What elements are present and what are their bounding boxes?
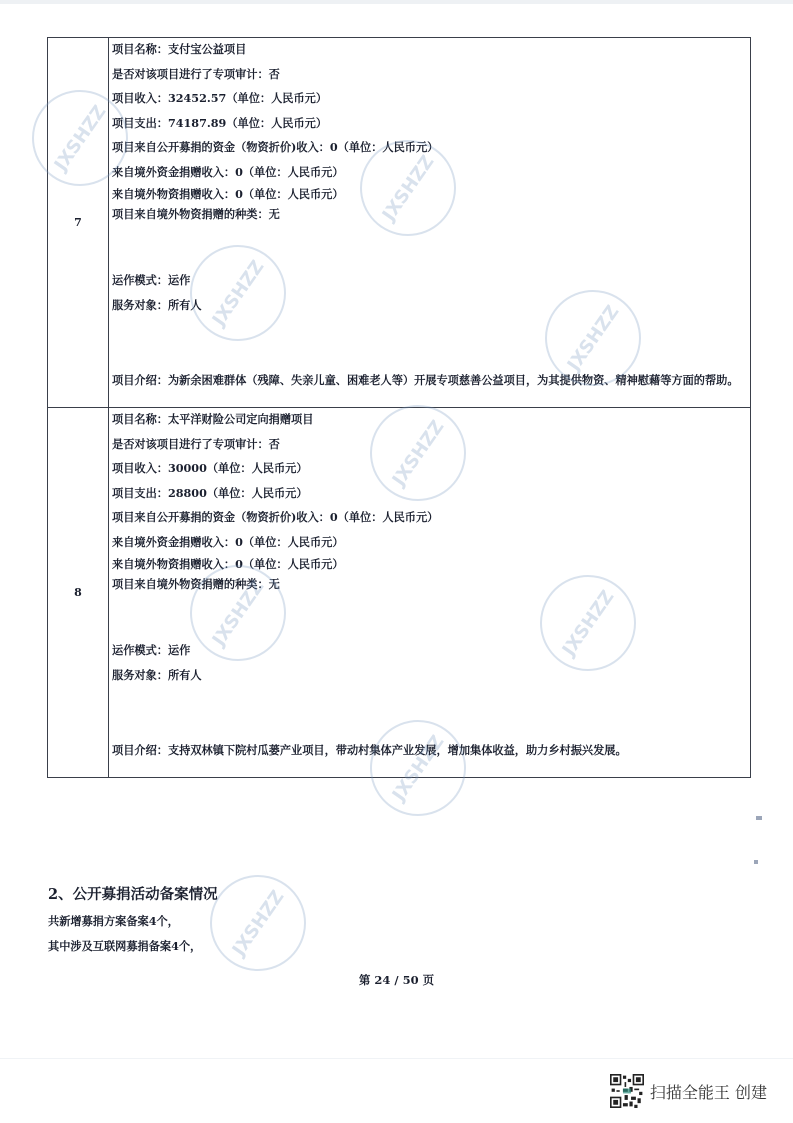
overseas-material-income: 来自境外物资捐赠收入：0（单位：人民币元）	[112, 555, 744, 575]
stamp-mark: JXSHZZ	[191, 856, 325, 990]
row-index: 7	[48, 38, 109, 408]
page-number: 第 24 / 50 页	[0, 972, 793, 988]
footer-divider	[0, 1058, 793, 1059]
service-target: 服务对象：所有人	[112, 664, 744, 689]
watermark-text: 扫描全能王 创建	[650, 1080, 767, 1103]
project-intro: 项目介绍：支持双林镇下院村瓜蒌产业项目，带动村集体产业发展，增加集体收益，助力乡…	[112, 735, 744, 757]
scanner-watermark: 扫描全能王 创建	[610, 1074, 767, 1108]
project-intro: 项目介绍：为新余困难群体（残障、失亲儿童、困难老人等）开展专项慈善公益项目，为其…	[112, 365, 744, 387]
project-details: 项目名称：太平洋财险公司定向捐赠项目 是否对该项目进行了专项审计：否 项目收入：…	[109, 408, 751, 778]
section-line-2: 其中涉及互联网募捐备案4个，	[48, 938, 201, 954]
public-fundraising-income: 项目来自公开募捐的资金（物资折价)收入：0（单位：人民币元）	[112, 506, 744, 531]
row-index: 8	[48, 408, 109, 778]
project-name: 项目名称：支付宝公益项目	[112, 38, 744, 63]
overseas-material-type: 项目来自境外物资捐赠的种类：无	[112, 575, 744, 595]
overseas-material-type: 项目来自境外物资捐赠的种类：无	[112, 205, 744, 225]
table-row: 7 项目名称：支付宝公益项目 是否对该项目进行了专项审计：否 项目收入：3245…	[48, 38, 751, 408]
project-income: 项目收入：32452.57（单位：人民币元）	[112, 87, 744, 112]
audit-status: 是否对该项目进行了专项审计：否	[112, 433, 744, 458]
overseas-material-income: 来自境外物资捐赠收入：0（单位：人民币元）	[112, 185, 744, 205]
project-expense: 项目支出：28800（单位：人民币元）	[112, 482, 744, 507]
project-income: 项目收入：30000（单位：人民币元）	[112, 457, 744, 482]
page-top-edge	[0, 0, 793, 4]
section-line-1: 共新增募捐方案备案4个，	[48, 913, 179, 929]
project-name: 项目名称：太平洋财险公司定向捐赠项目	[112, 408, 744, 433]
overseas-fund-income: 来自境外资金捐赠收入：0（单位：人民币元）	[112, 531, 744, 556]
operation-mode: 运作模式：运作	[112, 639, 744, 664]
service-target: 服务对象：所有人	[112, 294, 744, 319]
project-expense: 项目支出：74187.89（单位：人民币元）	[112, 112, 744, 137]
table-row: 8 项目名称：太平洋财险公司定向捐赠项目 是否对该项目进行了专项审计：否 项目收…	[48, 408, 751, 778]
overseas-fund-income: 来自境外资金捐赠收入：0（单位：人民币元）	[112, 161, 744, 186]
scan-artifact	[756, 816, 762, 820]
public-fundraising-income: 项目来自公开募捐的资金（物资折价)收入：0（单位：人民币元）	[112, 136, 744, 161]
qr-code-icon	[610, 1074, 644, 1108]
project-records-table: 7 项目名称：支付宝公益项目 是否对该项目进行了专项审计：否 项目收入：3245…	[47, 37, 751, 778]
operation-mode: 运作模式：运作	[112, 269, 744, 294]
audit-status: 是否对该项目进行了专项审计：否	[112, 63, 744, 88]
scan-artifact	[754, 860, 758, 864]
section-heading: 2、公开募捐活动备案情况	[48, 883, 218, 904]
project-details: 项目名称：支付宝公益项目 是否对该项目进行了专项审计：否 项目收入：32452.…	[109, 38, 751, 408]
